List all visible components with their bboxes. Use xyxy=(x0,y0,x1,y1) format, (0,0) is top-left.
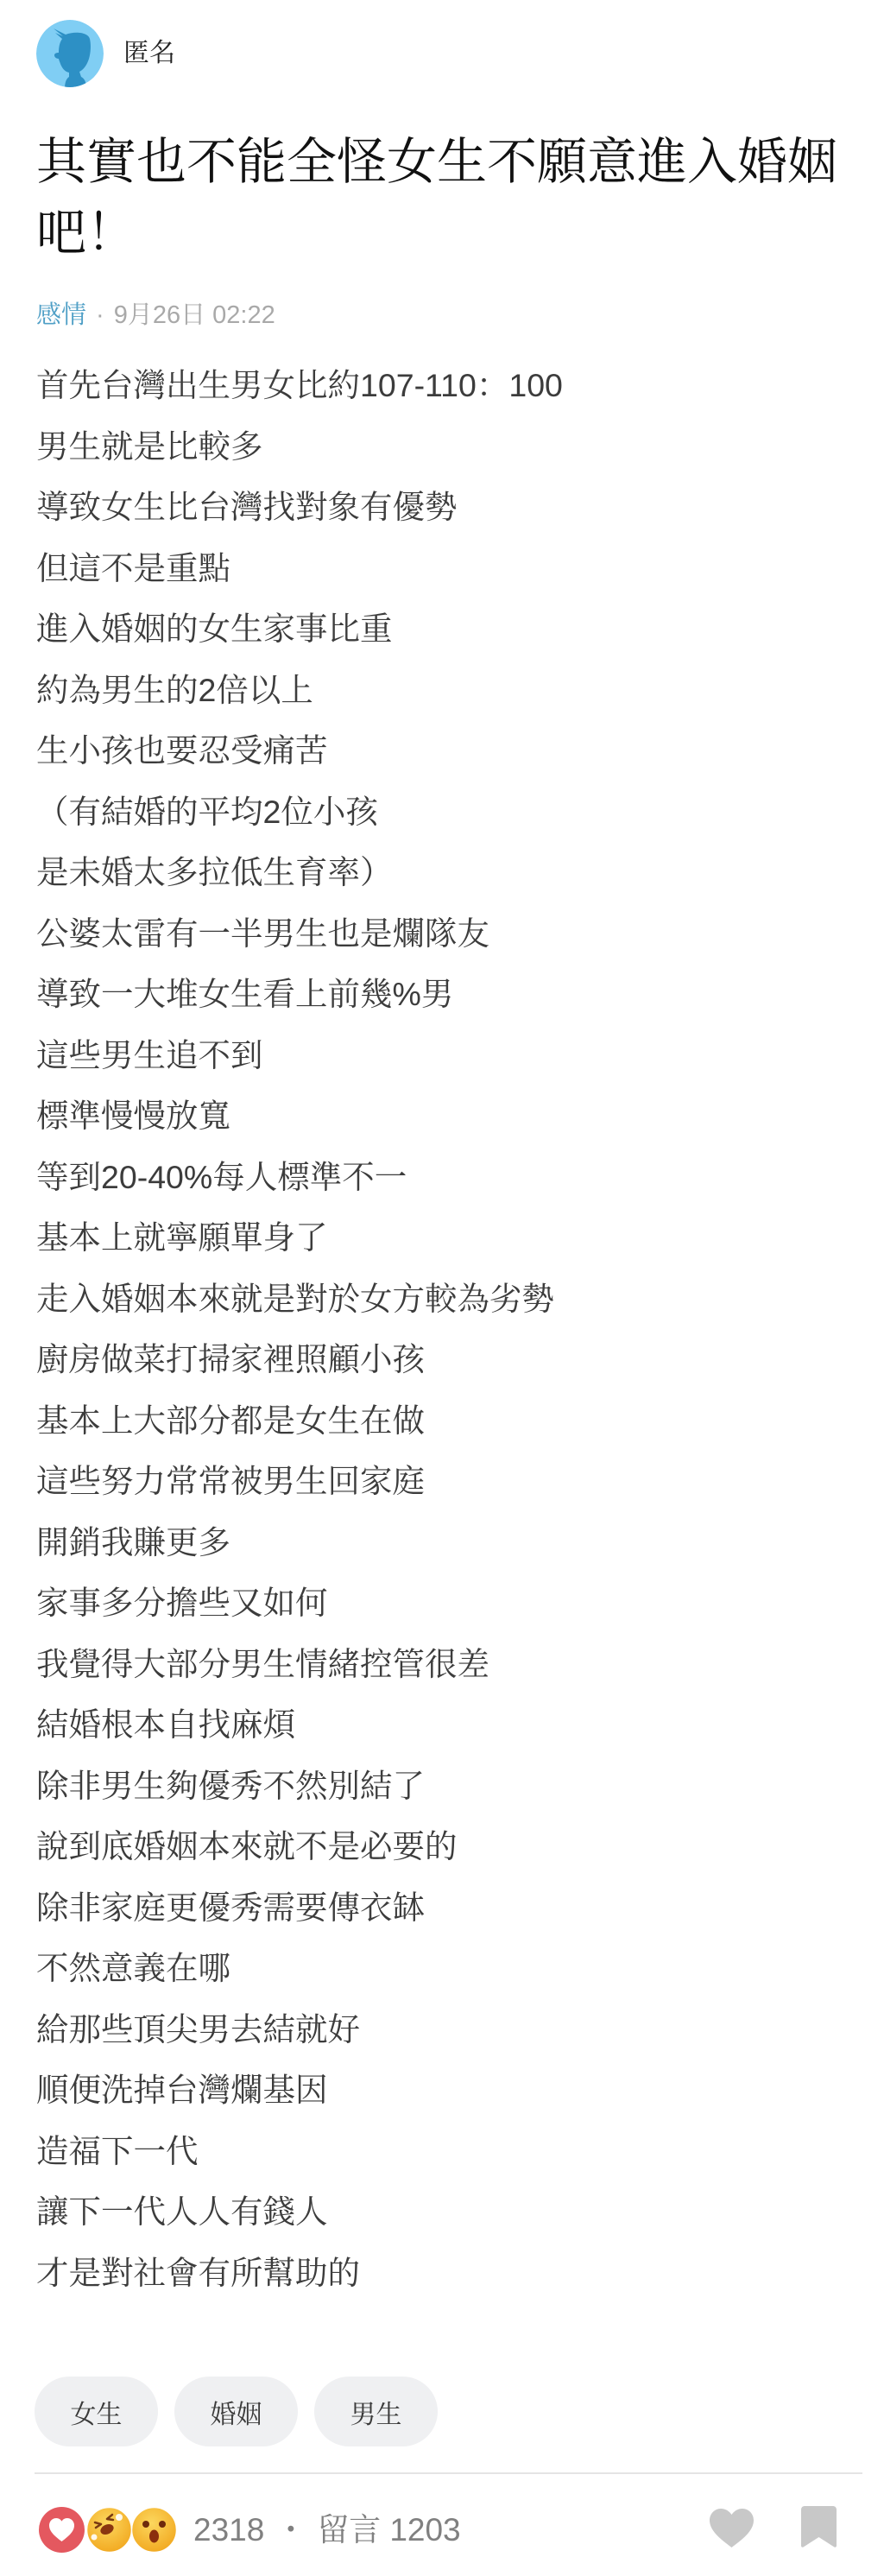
post-meta: 感情·9月26日 02:22 xyxy=(36,298,275,332)
body-line: 這些努力常常被男生回家庭 xyxy=(36,1451,849,1512)
body-line: 除非男生夠優秀不然別結了 xyxy=(36,1756,849,1817)
body-line: 才是對社會有所幫助的 xyxy=(36,2243,849,2304)
category-link[interactable]: 感情 xyxy=(36,301,86,329)
body-line: 基本上大部分都是女生在做 xyxy=(36,1390,849,1452)
body-line: 進入婚姻的女生家事比重 xyxy=(36,598,849,660)
meta-separator: · xyxy=(96,301,104,329)
surprised-reaction-icon xyxy=(131,2507,177,2553)
reaction-surprised[interactable] xyxy=(131,2507,177,2553)
reaction-count: 2318 xyxy=(193,2512,264,2548)
reaction-laugh[interactable] xyxy=(86,2507,132,2553)
body-line: 讓下一代人人有錢人 xyxy=(36,2181,849,2243)
post-stats: 2318・留言1203 xyxy=(193,2513,461,2548)
post-title: 其實也不能全怪女生不願意進入婚姻吧！ xyxy=(36,127,849,269)
like-button[interactable] xyxy=(710,2509,754,2548)
laugh-reaction-icon xyxy=(86,2507,132,2553)
body-line: 順便洗掉台灣爛基因 xyxy=(36,2060,849,2121)
bookmark-button[interactable] xyxy=(801,2506,837,2548)
body-line: 不然意義在哪 xyxy=(36,1938,849,1999)
body-line: 公婆太雷有一半男生也是爛隊友 xyxy=(36,903,849,965)
bookmark-icon xyxy=(801,2506,837,2548)
body-line: 生小孩也要忍受痛苦 xyxy=(36,720,849,782)
post-timestamp: 9月26日 02:22 xyxy=(114,301,275,329)
divider xyxy=(35,2472,862,2474)
body-line: 等到20-40%每人標準不一 xyxy=(36,1147,849,1208)
reaction-heart[interactable] xyxy=(39,2507,85,2553)
heart-reaction-icon xyxy=(39,2507,85,2553)
post-footer: 2318・留言1203 xyxy=(0,2504,884,2558)
tag-chip[interactable]: 男生 xyxy=(314,2377,438,2446)
body-line: 首先台灣出生男女比約107-110：100 xyxy=(36,355,849,416)
body-line: 廚房做菜打掃家裡照顧小孩 xyxy=(36,1329,849,1390)
tag-chip[interactable]: 婚姻 xyxy=(174,2377,298,2446)
tag-chip[interactable]: 女生 xyxy=(35,2377,158,2446)
post-author-header: 匿名 xyxy=(0,0,884,107)
body-line: 標準慢慢放寬 xyxy=(36,1085,849,1147)
comment-label: 留言 xyxy=(317,2512,381,2548)
author-name[interactable]: 匿名 xyxy=(123,36,175,71)
anonymous-avatar-icon xyxy=(36,20,104,87)
body-line: 約為男生的2倍以上 xyxy=(36,660,849,721)
body-line: 基本上就寧願單身了 xyxy=(36,1207,849,1269)
tag-list: 女生 婚姻 男生 xyxy=(35,2377,438,2446)
body-line: 導致一大堆女生看上前幾%男 xyxy=(36,964,849,1025)
body-line: 這些男生追不到 xyxy=(36,1025,849,1086)
body-line: 走入婚姻本來就是對於女方較為劣勢 xyxy=(36,1269,849,1330)
post-body: 首先台灣出生男女比約107-110：100 男生就是比較多 導致女生比台灣找對象… xyxy=(36,355,849,2303)
author-avatar[interactable] xyxy=(36,20,104,87)
comment-count: 1203 xyxy=(389,2512,460,2548)
body-line: 造福下一代 xyxy=(36,2121,849,2182)
stats-separator: ・ xyxy=(275,2512,306,2548)
body-line: 導致女生比台灣找對象有優勢 xyxy=(36,477,849,538)
body-line: 結婚根本自找麻煩 xyxy=(36,1694,849,1756)
body-line: （有結婚的平均2位小孩 xyxy=(36,782,849,843)
heart-icon xyxy=(710,2509,754,2548)
body-line: 但這不是重點 xyxy=(36,538,849,599)
body-line: 是未婚太多拉低生育率） xyxy=(36,842,849,903)
body-line: 給那些頂尖男去結就好 xyxy=(36,1999,849,2060)
body-line: 我覺得大部分男生情緒控管很差 xyxy=(36,1634,849,1695)
body-line: 開銷我賺更多 xyxy=(36,1512,849,1573)
body-line: 說到底婚姻本來就不是必要的 xyxy=(36,1816,849,1877)
body-line: 除非家庭更優秀需要傳衣缽 xyxy=(36,1877,849,1939)
body-line: 男生就是比較多 xyxy=(36,416,849,478)
body-line: 家事多分擔些又如何 xyxy=(36,1573,849,1634)
